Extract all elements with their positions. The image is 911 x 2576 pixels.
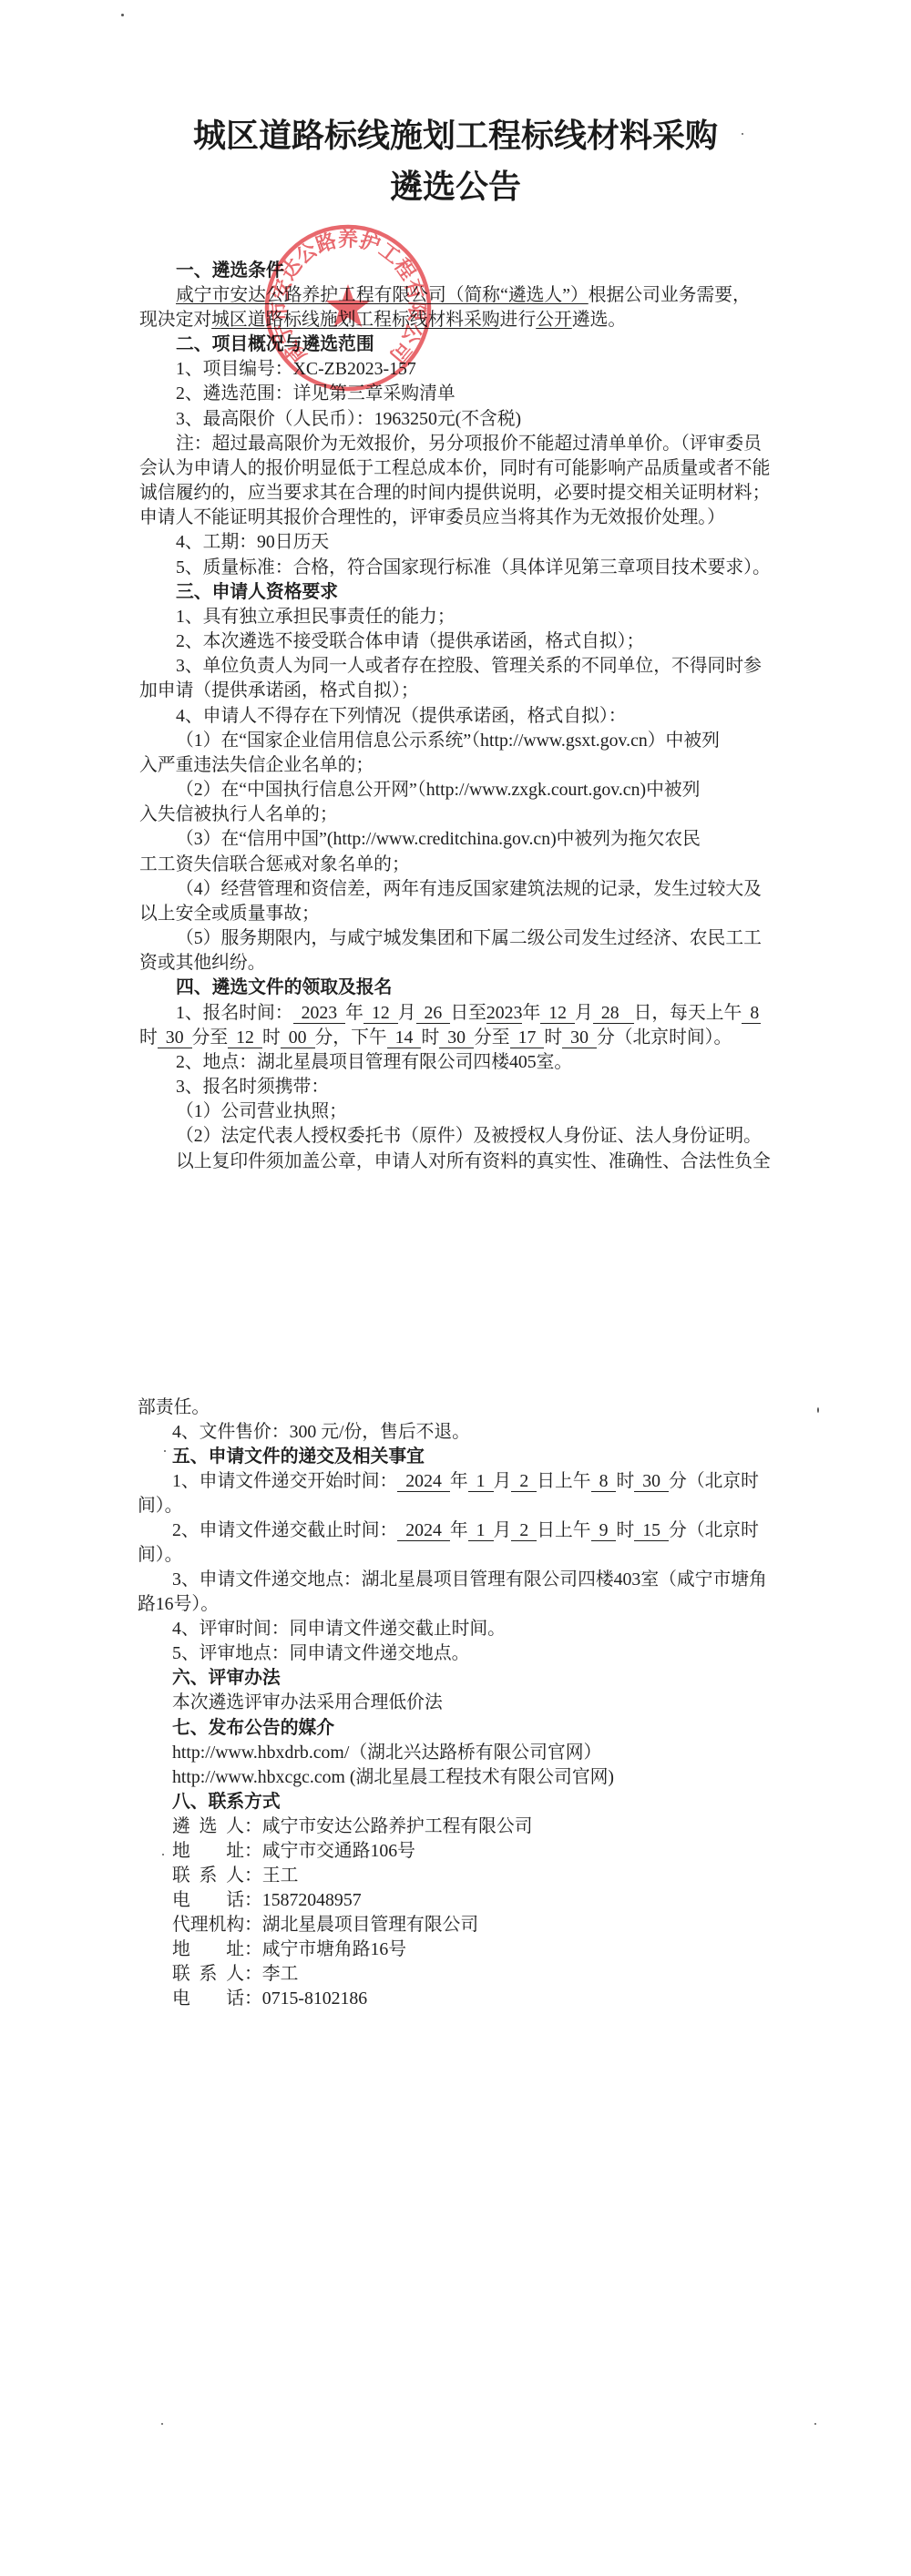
- contact-value: 15872048957: [262, 1890, 362, 1910]
- contact-row: 电话：0715-8102186: [172, 1987, 367, 2011]
- contact-row: 电话：15872048957: [172, 1888, 362, 1913]
- separator: ：: [244, 1816, 262, 1836]
- text: 分（北京时: [669, 1471, 759, 1491]
- text: 年: [450, 1471, 468, 1491]
- contact-label: 电话: [172, 1888, 244, 1913]
- text: 日至: [450, 1003, 486, 1023]
- text: 日上午: [537, 1520, 590, 1540]
- bring-item: （1）公司营业执照；: [176, 1099, 347, 1124]
- scan-speck: [162, 1854, 164, 1855]
- field-value: 90日历天: [257, 532, 329, 552]
- section-heading-7: 七、发布公告的媒介: [172, 1716, 334, 1741]
- section-heading-4: 四、遴选文件的领取及报名: [176, 976, 392, 1000]
- submission-start-time-cont: 间）。: [138, 1494, 182, 1518]
- section-heading-3: 三、申请人资格要求: [176, 580, 338, 605]
- submission-deadline: 2、申请文件递交截止时间：2024年1月2日上午9时15分（北京时: [172, 1518, 759, 1543]
- submission-place-cont: 路16号）。: [138, 1592, 219, 1617]
- filled-blank: 30: [158, 1027, 192, 1048]
- max-price: 3、最高限价（人民币）：1963250元(不含税): [176, 407, 521, 432]
- document-subtitle: 遴选公告: [0, 168, 911, 208]
- contact-row: 遴选人：咸宁市安达公路养护工程有限公司: [172, 1814, 533, 1839]
- text: 月: [398, 1003, 416, 1023]
- media-item: http://www.hbxcgc.com (湖北星晨工程技术有限公司官网): [172, 1765, 614, 1790]
- media-item: http://www.hbxdrb.com/（湖北兴达路桥有限公司官网）: [172, 1741, 601, 1765]
- filled-blank: 8: [742, 1003, 761, 1024]
- contact-value: 0715-8102186: [262, 1988, 367, 2009]
- registration-time: 1、报名时间：2023年12月26日至2023年12月28日，每天上午8: [176, 1001, 761, 1026]
- scan-speck: [164, 1450, 166, 1452]
- filled-blank: 15: [634, 1520, 669, 1541]
- text: 时: [544, 1027, 562, 1048]
- contact-label: 电话: [172, 1987, 244, 2011]
- media-url: http://www.hbxcgc.com: [172, 1767, 345, 1787]
- field-label: 2、地点：: [176, 1052, 257, 1072]
- section-heading-6: 六、评审办法: [172, 1666, 281, 1691]
- text: 分（北京时间）。: [597, 1027, 732, 1048]
- contact-label: 地址: [172, 1937, 244, 1962]
- review-place: 5、评审地点：同申请文件递交地点。: [172, 1641, 469, 1666]
- exclusion-item-cont: 入失信被执行人名单的；: [139, 802, 338, 827]
- note-line: 申请人不能证明其报价合理性的，评审委员应当将其作为无效报价处理。）: [139, 506, 725, 530]
- filled-blank: 2: [511, 1471, 537, 1492]
- field-label: 4、文件售价：: [172, 1422, 290, 1442]
- separator: ：: [244, 1964, 262, 1984]
- exclusion-item-cont: 入严重违法失信企业名单的；: [139, 753, 374, 778]
- filled-blank: 1: [468, 1520, 494, 1541]
- text: 时: [139, 1027, 158, 1048]
- contact-row: 地址：咸宁市塘角路16号: [172, 1937, 406, 1962]
- filled-blank: 30: [562, 1027, 597, 1048]
- scan-speck: [121, 14, 124, 16]
- text: 年: [345, 1003, 363, 1023]
- exclusion-item: （3）在“信用中国”(http://www.creditchina.gov.cn…: [176, 827, 701, 852]
- field-value: 合格，符合国家现行标准（具体详见第三章项目技术要求）。: [293, 557, 771, 578]
- contact-row: 联系人：李工: [172, 1962, 298, 1987]
- contact-label: 地址: [172, 1839, 244, 1864]
- text: 遴选。: [572, 310, 626, 330]
- exclusion-item-cont: 工工资失信联合惩戒对象名单的；: [139, 853, 410, 877]
- requirement-item: 4、申请人不得存在下列情况（提供承诺函，格式自拟）：: [176, 704, 627, 729]
- filled-blank: 12: [363, 1003, 398, 1024]
- filled-blank: 30: [634, 1471, 669, 1492]
- quality-standard: 5、质量标准：合格，符合国家现行标准（具体详见第三章项目技术要求）。: [176, 556, 771, 580]
- section-heading-5: 五、申请文件的递交及相关事宜: [172, 1445, 425, 1469]
- text: 1、报名时间：: [176, 1003, 293, 1023]
- filled-blank: 00: [281, 1027, 315, 1048]
- requirement-item: 1、具有独立承担民事责任的能力；: [176, 605, 455, 629]
- bring-label: 3、报名时须携带：: [176, 1075, 329, 1099]
- text: 月: [494, 1520, 512, 1540]
- text: 年: [450, 1520, 468, 1540]
- contact-label: 代理机构: [172, 1913, 244, 1937]
- text: 时: [262, 1027, 281, 1048]
- filled-blank: 2023: [486, 1003, 523, 1024]
- text: 年: [522, 1003, 540, 1023]
- text: 根据公司业务需要，: [589, 285, 751, 305]
- exclusion-item: （2）在“中国执行信息公开网”（http://www.zxgk.court.go…: [176, 778, 700, 802]
- document-title: 城区道路标线施划工程标线材料采购: [0, 117, 911, 157]
- text: 日上午: [537, 1471, 590, 1491]
- exclusion-item: （1）在“国家企业信用信息公示系统”（http://www.gsxt.gov.c…: [176, 729, 720, 753]
- registration-time-cont: 时30分至12时00分，下午14时30分至17时30分（北京时间）。: [139, 1026, 732, 1050]
- media-name: (湖北星晨工程技术有限公司官网): [345, 1767, 614, 1787]
- scan-speck: [161, 2423, 163, 2425]
- separator: ：: [244, 1939, 262, 1959]
- contact-label: 联系人: [172, 1864, 244, 1888]
- filled-blank: 2024: [397, 1520, 450, 1541]
- requirement-item-cont: 加申请（提供承诺函，格式自拟）；: [139, 679, 419, 703]
- contact-value: 咸宁市安达公路养护工程有限公司: [262, 1816, 533, 1836]
- separator: ：: [244, 1988, 262, 2009]
- text: 月: [494, 1471, 512, 1491]
- submission-deadline-cont: 间）。: [138, 1543, 182, 1568]
- field-label: 4、工期：: [176, 532, 257, 552]
- filled-blank: 1: [468, 1471, 494, 1492]
- note-line: 会认为申请人的报价明显低于工程总成本价，同时有可能影响产品质量或者不能: [139, 456, 770, 481]
- separator: ：: [244, 1890, 262, 1910]
- field-label: 3、最高限价（人民币）：: [176, 409, 374, 429]
- filled-blank: 8: [591, 1471, 617, 1492]
- requirement-item: 2、本次遴选不接受联合体申请（提供承诺函，格式自拟）；: [176, 629, 644, 654]
- separator: ：: [244, 1841, 262, 1861]
- field-value: 湖北星晨项目管理有限公司四楼405室。: [257, 1052, 572, 1072]
- exclusion-item-cont: 资或其他纠纷。: [139, 951, 265, 976]
- star-icon: [325, 284, 370, 327]
- text: 现决定对: [139, 310, 211, 330]
- filled-blank: 17: [510, 1027, 545, 1048]
- review-time: 4、评审时间：同申请文件递交截止时间。: [172, 1617, 506, 1641]
- text: 分（北京时: [669, 1520, 759, 1540]
- underlined-text: 公开: [536, 310, 572, 330]
- document-fee: 4、文件售价：300 元/份，售后不退。: [172, 1420, 470, 1445]
- contact-value: 李工: [262, 1964, 299, 1984]
- text: 2、申请文件递交截止时间：: [172, 1520, 397, 1540]
- copies-note-cont: 部责任。: [138, 1395, 210, 1420]
- contact-label: 遴选人: [172, 1814, 244, 1839]
- note-line: 注：超过最高限价为无效报价，另分项报价不能超过清单单价。（评审委员: [176, 432, 762, 456]
- company-seal-stamp: 咸宁市安达公路养护工程有限公司: [261, 221, 435, 394]
- separator: ：: [244, 1866, 262, 1886]
- media-url: http://www.hbxdrb.com/: [172, 1743, 349, 1763]
- field-value: 1963250元(不含税): [374, 409, 522, 429]
- filled-blank: 26: [416, 1003, 451, 1024]
- exclusion-item: （5）服务期限内，与咸宁城发集团和下属二级公司发生过经济、农民工工: [176, 926, 762, 951]
- contact-row: 地址：咸宁市交通路106号: [172, 1839, 415, 1864]
- exclusion-item-cont: 以上安全或质量事故；: [139, 902, 320, 926]
- text: 月: [575, 1003, 593, 1023]
- contact-value: 咸宁市交通路106号: [262, 1841, 415, 1861]
- text: 日，每天上午: [634, 1003, 742, 1023]
- text: 分至: [474, 1027, 510, 1048]
- duration: 4、工期：90日历天: [176, 530, 329, 555]
- text: 分，下午: [315, 1027, 387, 1048]
- contact-value: 王工: [262, 1866, 299, 1886]
- filled-blank: 30: [439, 1027, 474, 1048]
- media-name: （湖北兴达路桥有限公司官网）: [349, 1743, 601, 1763]
- text: 1、申请文件递交开始时间：: [172, 1471, 397, 1491]
- filled-blank: 28: [593, 1003, 634, 1024]
- filled-blank: 2023: [293, 1003, 346, 1024]
- contact-value: 湖北星晨项目管理有限公司: [262, 1915, 478, 1935]
- text: 进行: [500, 310, 537, 330]
- contact-label: 联系人: [172, 1962, 244, 1987]
- evaluation-method: 本次遴选评审办法采用合理低价法: [172, 1691, 443, 1715]
- filled-blank: 14: [387, 1027, 422, 1048]
- filled-blank: 2: [511, 1520, 537, 1541]
- requirement-item: 3、单位负责人为同一人或者存在控股、管理关系的不同单位，不得同时参: [176, 654, 762, 679]
- exclusion-item: （4）经营管理和资信差，两年有违反国家建筑法规的记录，发生过较大及: [176, 877, 762, 902]
- bring-item: （2）法定代表人授权委托书（原件）及被授权人身份证、法人身份证明。: [176, 1124, 762, 1149]
- separator: ：: [244, 1915, 262, 1935]
- filled-blank: 12: [540, 1003, 575, 1024]
- contact-row: 代理机构：湖北星晨项目管理有限公司: [172, 1913, 478, 1937]
- text: 时: [616, 1520, 634, 1540]
- text: 时: [421, 1027, 439, 1048]
- contact-value: 咸宁市塘角路16号: [262, 1939, 406, 1959]
- submission-place: 3、申请文件递交地点：湖北星晨项目管理有限公司四楼403室（咸宁市塘角: [172, 1568, 767, 1592]
- filled-blank: 9: [591, 1520, 617, 1541]
- field-label: 5、质量标准：: [176, 557, 293, 578]
- filled-blank: 12: [228, 1027, 262, 1048]
- registration-location: 2、地点：湖北星晨项目管理有限公司四楼405室。: [176, 1050, 572, 1075]
- scan-speck: [817, 1407, 819, 1413]
- text: 分至: [192, 1027, 229, 1048]
- note-line: 诚信履约的，应当要求其在合理的时间内提供说明，必要时提交相关证明材料；: [139, 481, 770, 506]
- contact-row: 联系人：王工: [172, 1864, 298, 1888]
- submission-start-time: 1、申请文件递交开始时间：2024年1月2日上午8时30分（北京时: [172, 1469, 759, 1494]
- text: 时: [616, 1471, 634, 1491]
- filled-blank: 2024: [397, 1471, 450, 1492]
- scan-speck: [814, 2423, 816, 2425]
- field-value: 300 元/份，售后不退。: [290, 1422, 470, 1442]
- section-heading-8: 八、联系方式: [172, 1790, 281, 1814]
- document-page: 城区道路标线施划工程标线材料采购 遴选公告 一、遴选条件 咸宁市安达公路养护工程…: [0, 0, 911, 2576]
- copies-note: 以上复印件须加盖公章，申请人对所有资料的真实性、准确性、合法性负全: [176, 1150, 771, 1174]
